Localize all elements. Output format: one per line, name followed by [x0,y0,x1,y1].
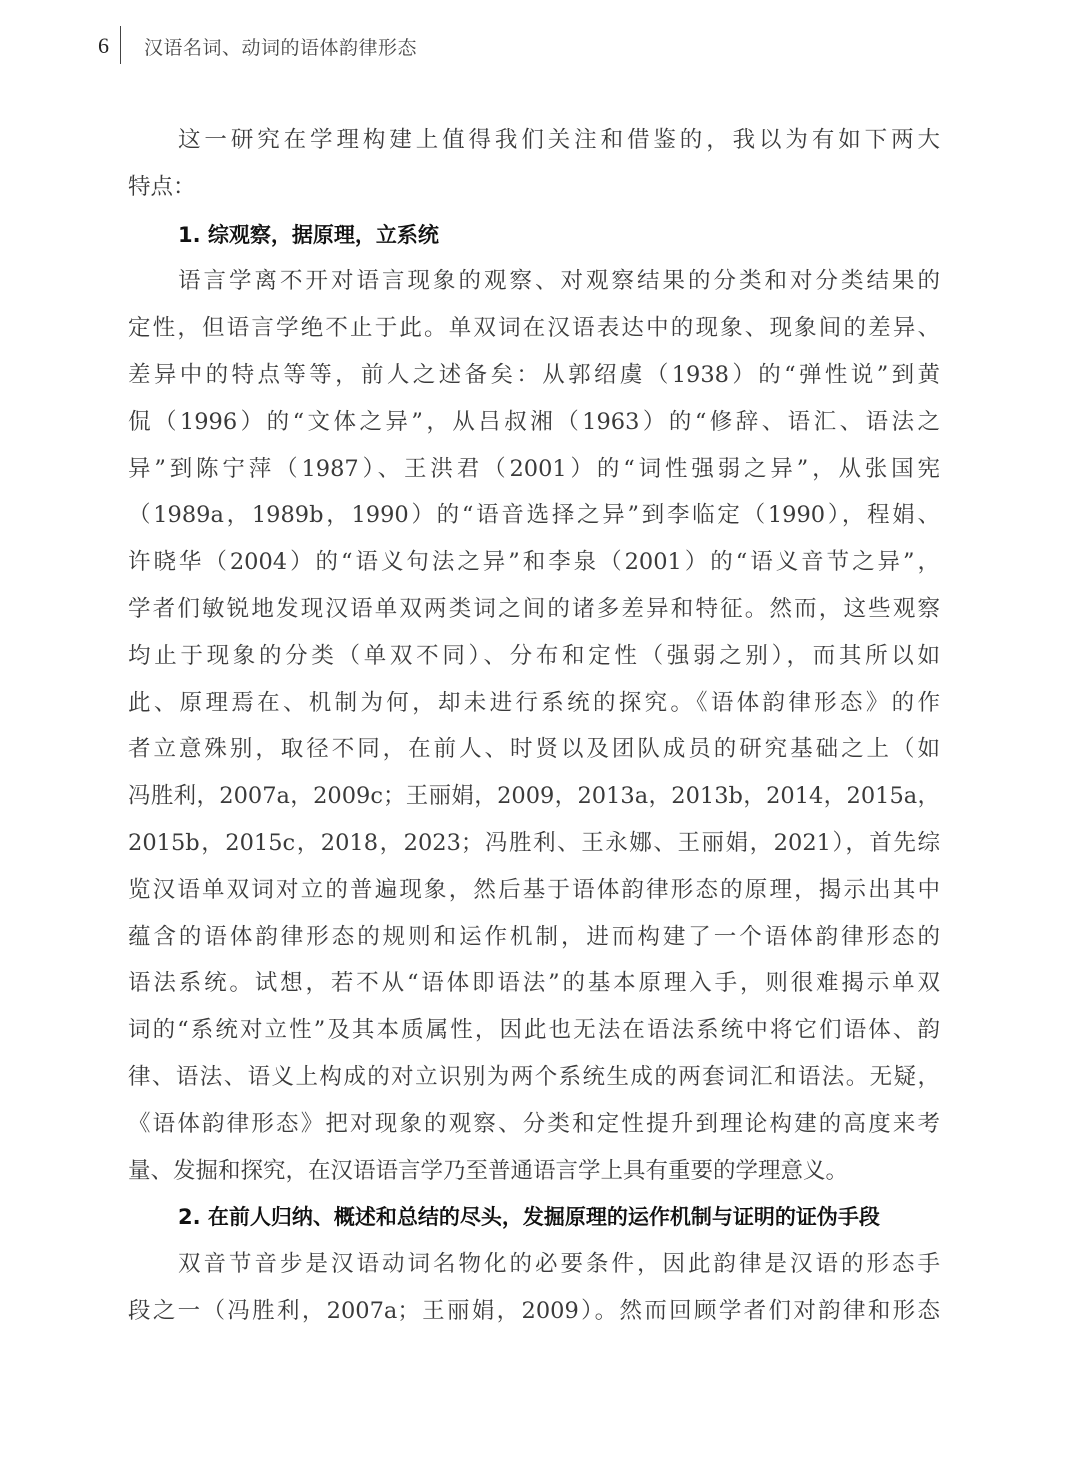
section-heading-1: 1. 综观察，据原理，立系统 [178,218,439,252]
header-divider [120,26,121,64]
paragraph-line: 双音节音步是汉语动词名物化的必要条件，因此韵律是汉语的形态手 [178,1247,940,1281]
paragraph-line: 段之一（冯胜利，2007a；王丽娟，2009）。然而回顾学者们对韵律和形态 [128,1294,940,1328]
paragraph-line: 2015b，2015c，2018，2023；冯胜利、王永娜、王丽娟，2021），… [128,826,940,860]
paragraph-line: 这一研究在学理构建上值得我们关注和借鉴的，我以为有如下两大 [178,123,940,157]
paragraph-line: 学者们敏锐地发现汉语单双两类词之间的诸多差异和特征。然而，这些观察 [128,592,940,626]
paragraph-line: 者立意殊别，取径不同，在前人、时贤以及团队成员的研究基础之上（如 [128,732,940,766]
paragraph-line: 《语体韵律形态》把对现象的观察、分类和定性提升到理论构建的高度来考 [128,1107,940,1141]
paragraph-line: 差异中的特点等等，前人之述备矣：从郭绍虞（1938）的“弹性说”到黄 [128,358,940,392]
paragraph-line: 律、语法、语义上构成的对立识别为两个系统生成的两套词汇和语法。无疑， [128,1060,940,1094]
paragraph-line: 语法系统。试想，若不从“语体即语法”的基本原理入手，则很难揭示单双 [128,966,940,1000]
paragraph-line: 均止于现象的分类（单双不同）、分布和定性（强弱之别），而其所以如 [128,639,940,673]
paragraph-line: 异”到陈宁萍（1987）、王洪君（2001）的“词性强弱之异”，从张国宪 [128,452,940,486]
paragraph-line: 侃（1996）的“文体之异”，从吕叔湘（1963）的“修辞、语汇、语法之 [128,405,940,439]
paragraph-line: 语言学离不开对语言现象的观察、对观察结果的分类和对分类结果的 [178,264,940,298]
paragraph-line: 览汉语单双词对立的普遍现象，然后基于语体韵律形态的原理，揭示出其中 [128,873,940,907]
paragraph-line: 此、原理焉在、机制为何，却未进行系统的探究。《语体韵律形态》的作 [128,686,940,720]
paragraph-line: 许晓华（2004）的“语义句法之异”和李泉（2001）的“语义音节之异”， [128,545,940,579]
paragraph-line: 定性，但语言学绝不止于此。单双词在汉语表达中的现象、现象间的差异、 [128,311,940,345]
paragraph-line: 词的“系统对立性”及其本质属性，因此也无法在语法系统中将它们语体、韵 [128,1013,940,1047]
section-heading-2: 2. 在前人归纳、概述和总结的尽头，发掘原理的运作机制与证明的证伪手段 [178,1200,880,1234]
running-header: 6 汉语名词、动词的语体韵律形态 [0,0,1080,80]
paragraph-line: 冯胜利，2007a，2009c；王丽娟，2009，2013a，2013b，201… [128,779,940,813]
paragraph-line: （1989a，1989b，1990）的“语音选择之异”到李临定（1990），程娟… [128,498,940,532]
paragraph-line: 蕴含的语体韵律形态的规则和运作机制，进而构建了一个语体韵律形态的 [128,920,940,954]
running-title: 汉语名词、动词的语体韵律形态 [144,33,417,60]
page-number: 6 [98,33,109,59]
paragraph-line: 特点： [128,170,940,204]
paragraph-line: 量、发掘和探究，在汉语语言学乃至普通语言学上具有重要的学理意义。 [128,1154,940,1188]
